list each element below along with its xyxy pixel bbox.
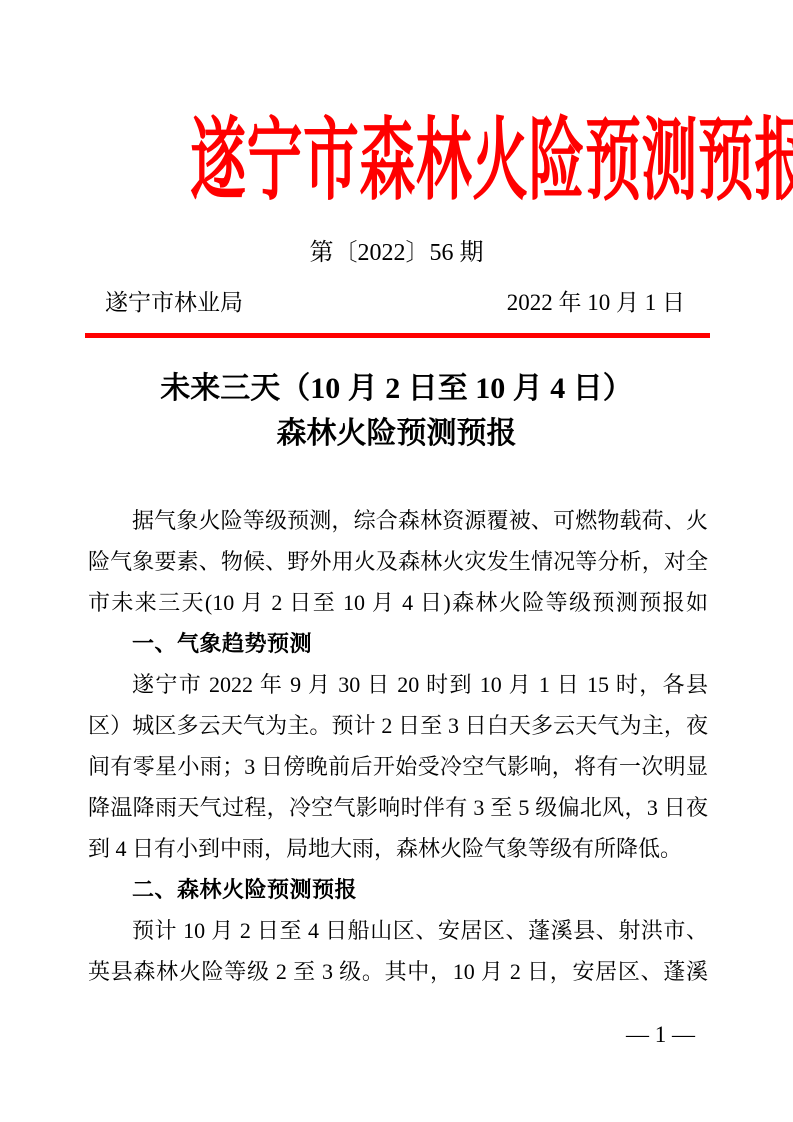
body-line: 到 4 日有小到中雨，局地大雨，森林火险气象等级有所降低。	[88, 828, 708, 869]
section-heading-1: 一、气象趋势预测	[88, 623, 708, 664]
body-line: 据气象火险等级预测，综合森林资源覆被、可燃物载荷、火	[88, 500, 708, 541]
issue-number: 第〔2022〕56 期	[0, 238, 793, 268]
document-page: 遂宁市森林火险预测预报 第〔2022〕56 期 遂宁市林业局 2022 年 10…	[0, 0, 793, 1122]
body-line: 遂宁市 2022 年 9 月 30 日 20 时到 10 月 1 日 15 时，…	[88, 664, 708, 705]
report-subtitle: 未来三天（10 月 2 日至 10 月 4 日） 森林火险预测预报	[0, 366, 793, 456]
body-line: 预计 10 月 2 日至 4 日船山区、安居区、蓬溪县、射洪市、大	[88, 910, 708, 951]
issue-date: 2022 年 10 月 1 日	[507, 288, 685, 318]
body-line: 市未来三天(10 月 2 日至 10 月 4 日)森林火险等级预测预报如下。	[88, 582, 708, 623]
body-line: 间有零星小雨；3 日傍晚前后开始受冷空气影响，将有一次明显的	[88, 746, 708, 787]
report-subtitle-line1: 未来三天（10 月 2 日至 10 月 4 日）	[0, 366, 793, 411]
masthead-title-text: 遂宁市森林火险预测预报	[190, 110, 793, 214]
body-line: 险气象要素、物候、野外用火及森林火灾发生情况等分析，对全	[88, 541, 708, 582]
body-line: 英县森林火险等级 2 至 3 级。其中，10 月 2 日，安居区、蓬溪县、	[88, 951, 708, 992]
body-line: 降温降雨天气过程，冷空气影响时伴有 3 至 5 级偏北风，3 日夜间	[88, 787, 708, 828]
red-divider-rule	[85, 333, 710, 338]
page-number: — 1 —	[626, 1020, 695, 1050]
document-body: 据气象火险等级预测，综合森林资源覆被、可燃物载荷、火 险气象要素、物候、野外用火…	[88, 500, 708, 992]
masthead-title: 遂宁市森林火险预测预报	[0, 110, 793, 214]
publisher-name: 遂宁市林业局	[105, 288, 243, 318]
section-heading-2: 二、森林火险预测预报	[88, 869, 708, 910]
body-line: 区）城区多云天气为主。预计 2 日至 3 日白天多云天气为主，夜	[88, 705, 708, 746]
publisher-date-row: 遂宁市林业局 2022 年 10 月 1 日	[105, 288, 685, 318]
report-subtitle-line2: 森林火险预测预报	[0, 411, 793, 456]
